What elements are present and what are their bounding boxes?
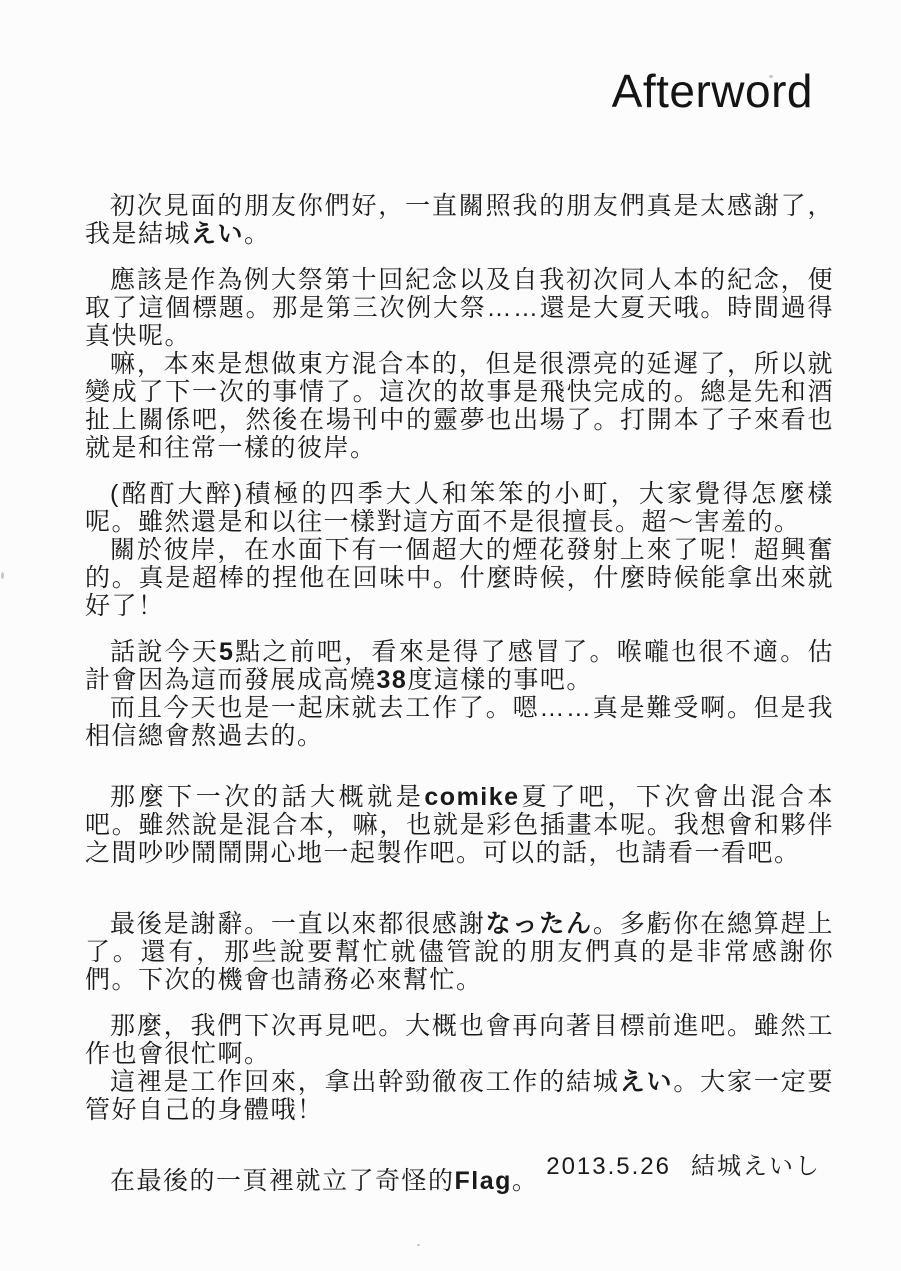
- paragraph: 那麼下一次的話大概就是comike夏了吧，下次會出混合本吧。雖然說是混合本，嘛，…: [85, 783, 834, 867]
- afterword-body: 初次見面的朋友你們好，一直關照我的朋友們真是太感謝了，我是結城えい。應該是作為例…: [85, 192, 834, 1195]
- scanned-afterword-page: { "colors": { "background": "#fcfcfc", "…: [0, 0, 901, 1271]
- scan-speck: [1, 572, 4, 579]
- paragraph: 那麼，我們下次再見吧。大概也會再向著目標前進吧。雖然工作也會很忙啊。: [85, 1012, 834, 1068]
- paragraph: 而且今天也是一起床就去工作了。嗯……真是難受啊。但是我相信總會熬過去的。: [85, 694, 834, 750]
- paragraph: 話說今天5點之前吧，看來是得了感冒了。喉嚨也很不適。估計會因為這而發展成高燒38…: [85, 638, 834, 694]
- paragraph-block: 最後是謝辭。一直以來都很感謝なったん。多虧你在總算趕上了。還有，那些說要幫忙就儘…: [85, 910, 834, 994]
- paragraph: 應該是作為例大祭第十回紀念以及自我初次同人本的紀念，便取了這個標題。那是第三次例…: [85, 266, 834, 350]
- scan-speck: [417, 1244, 420, 1246]
- paragraph: 這裡是工作回來，拿出幹勁徹夜工作的結城えい。大家一定要管好自己的身體哦！: [85, 1068, 834, 1124]
- paragraph: 初次見面的朋友你們好，一直關照我的朋友們真是太感謝了，我是結城えい。: [85, 192, 834, 248]
- page-title: Afterword: [612, 64, 813, 118]
- paragraph-block: 那麼下一次的話大概就是comike夏了吧，下次會出混合本吧。雖然說是混合本，嘛，…: [85, 783, 834, 867]
- paragraph: 關於彼岸，在水面下有一個超大的煙花發射上來了呢！超興奮的。真是超棒的捏他在回味中…: [85, 536, 834, 620]
- date-signature: 2013.5.26結城えいし: [546, 1146, 821, 1181]
- paragraph-block: 初次見面的朋友你們好，一直關照我的朋友們真是太感謝了，我是結城えい。: [85, 192, 834, 248]
- scan-speck: [769, 75, 773, 78]
- paragraph: (酩酊大醉)積極的四季大人和笨笨的小町，大家覺得怎麼樣呢。雖然還是和以往一樣對這…: [85, 480, 834, 536]
- paragraph: 最後是謝辭。一直以來都很感謝なったん。多虧你在總算趕上了。還有，那些說要幫忙就儘…: [85, 910, 834, 994]
- paragraph: 嘛，本來是想做東方混合本的，但是很漂亮的延遲了，所以就變成了下一次的事情了。這次…: [85, 350, 834, 462]
- author-name: 結城えいし: [691, 1153, 821, 1180]
- paragraph-block: (酩酊大醉)積極的四季大人和笨笨的小町，大家覺得怎麼樣呢。雖然還是和以往一樣對這…: [85, 480, 834, 620]
- publication-date: 2013.5.26: [546, 1153, 671, 1180]
- paragraph-block: 應該是作為例大祭第十回紀念以及自我初次同人本的紀念，便取了這個標題。那是第三次例…: [85, 266, 834, 462]
- paragraph-block: 那麼，我們下次再見吧。大概也會再向著目標前進吧。雖然工作也會很忙啊。這裡是工作回…: [85, 1012, 834, 1124]
- paragraph-block: 話說今天5點之前吧，看來是得了感冒了。喉嚨也很不適。估計會因為這而發展成高燒38…: [85, 638, 834, 750]
